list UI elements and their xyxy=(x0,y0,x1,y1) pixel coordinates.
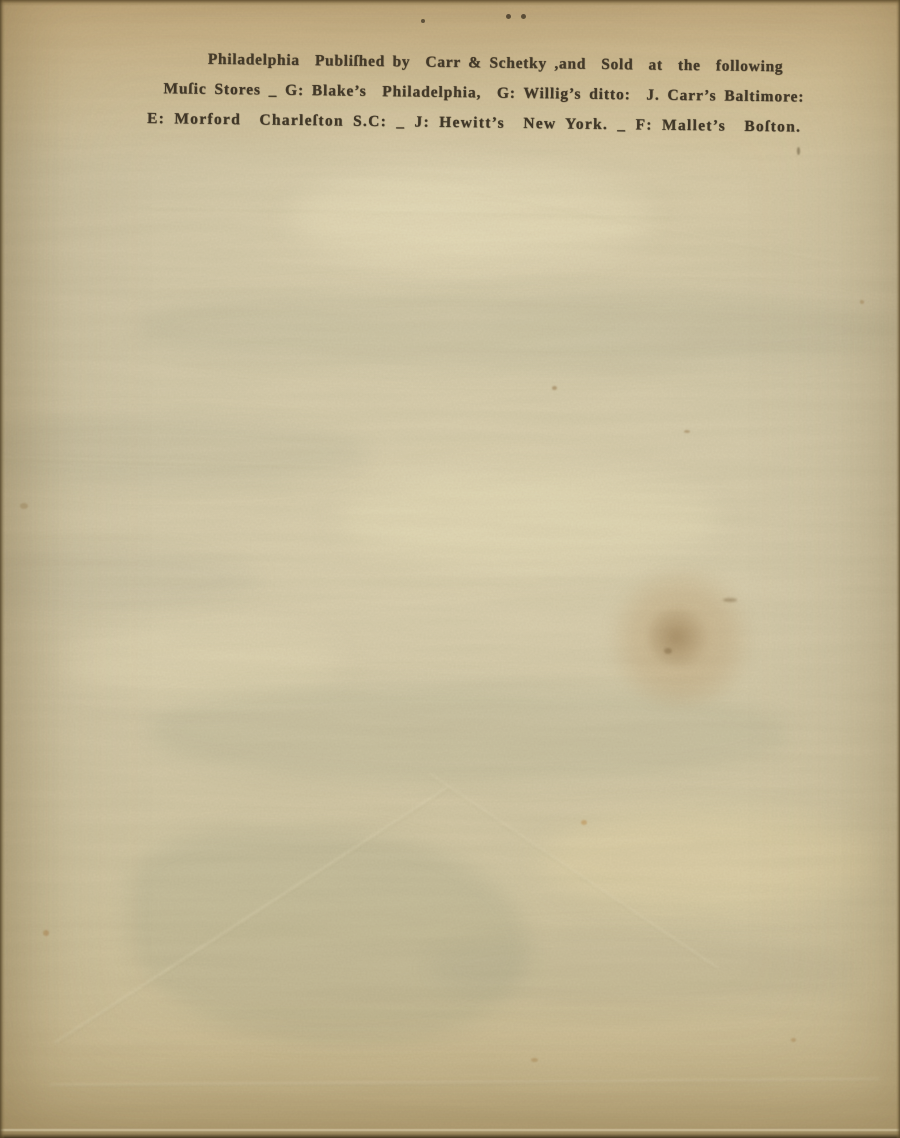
ink-dot xyxy=(506,14,511,19)
foxing-speck xyxy=(552,386,557,390)
foxing-speck xyxy=(531,1058,538,1062)
circular-stain-core xyxy=(648,608,710,666)
page-edge-right xyxy=(896,0,900,1138)
stain-fleck xyxy=(664,648,672,654)
foxing-speck xyxy=(43,930,49,936)
ink-dot xyxy=(421,19,425,23)
scanned-document-page: Philadelphia Publiſhed by Carr & Schetky… xyxy=(0,0,900,1138)
paper-shade-band xyxy=(0,548,260,608)
foxing-speck xyxy=(684,430,690,433)
publisher-imprint: Philadelphia Publiſhed by Carr & Schetky… xyxy=(147,44,838,143)
page-edge-left xyxy=(0,0,5,1138)
foxing-speck xyxy=(860,300,864,304)
foxing-speck xyxy=(581,820,587,825)
stain-fleck xyxy=(723,598,737,602)
foxing-speck xyxy=(797,147,800,155)
paper-highlight-patch xyxy=(60,620,340,700)
paper-shade-patch xyxy=(130,828,530,1043)
paper-highlight-patch xyxy=(340,470,720,570)
page-edge-bottom xyxy=(0,1131,900,1138)
page-edge-top xyxy=(0,0,900,6)
paper-highlight-patch xyxy=(540,810,880,910)
ink-dot xyxy=(521,14,526,19)
crease-line xyxy=(50,1078,880,1087)
foxing-speck xyxy=(20,503,28,509)
foxing-speck xyxy=(791,1038,796,1042)
paper-shade-band xyxy=(430,930,860,1010)
paper-shade-band xyxy=(140,288,900,370)
paper-shade-band xyxy=(0,416,370,486)
